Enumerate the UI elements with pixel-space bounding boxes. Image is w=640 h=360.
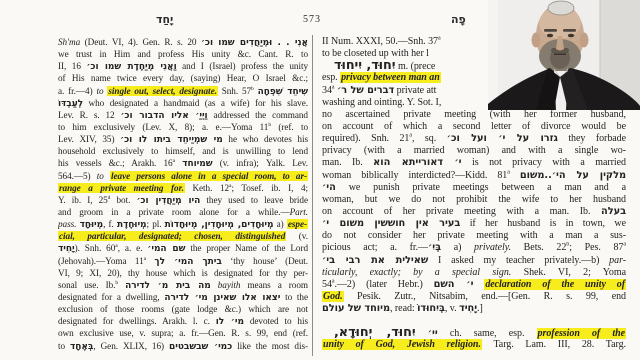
text-line: sonal use. Ib.b מה בית מ׳ לדירה bayith m… xyxy=(58,279,308,291)
text-line: שאילית את רבי בי׳ I asked my teacher pri… xyxy=(322,255,626,267)
text-line: to him exclusively (Lev. X, 8); a. e.—Yo… xyxy=(58,121,308,133)
text-line: הי׳ we punish private meetings between a… xyxy=(322,182,626,194)
text-line: ticularly, exactly; by a special sign. S… xyxy=(322,267,626,279)
text-line: לְעַבְדּוֹ who designated a handmaid (as… xyxy=(58,97,308,109)
text-line: God. Pesik. Zutr., Nitsabim, end.—[Gen. … xyxy=(322,291,626,303)
text-line: do not consider her private meeting with… xyxy=(322,230,626,242)
text-line: Lev. R. s. 12 וַיְיַ׳ אליו הדבור וכ׳ add… xyxy=(58,109,308,121)
text-line: and groom in a private room alone for a … xyxy=(58,206,308,218)
text-line: man. Ib. י׳ דאורייתא הוא is not privacy … xyxy=(322,157,626,169)
text-line: a. fr.—4) to single out, select, designa… xyxy=(58,85,308,97)
text-line: woman biblically interdicted?—Kidd. 81a … xyxy=(322,170,626,182)
text-line: 54a.—2) (later Hebr.) י׳ השם declaration… xyxy=(322,279,626,291)
text-line: pass. מְיוּחָד, f. מְיוּחֶדֶת; pl. מְיוּ… xyxy=(58,218,308,230)
text-line: own exclusive use, v. supra; a. fr.—Gen.… xyxy=(58,327,308,339)
text-line: designated for dwellings. Arakh. l. c. מ… xyxy=(58,315,308,327)
text-line: designated for a dwelling, יצאו אלו שאינ… xyxy=(58,291,308,303)
text-line: no ascertained private meeting (with her… xyxy=(322,109,626,121)
text-line: בעיר אין חוששין משום י׳ if her husband i… xyxy=(322,218,626,230)
column-divider-rule xyxy=(312,35,313,356)
text-line: of His name twice every day, (saying) He… xyxy=(58,72,308,84)
text-line: privacy (with a married woman) and with … xyxy=(322,145,626,157)
text-line: his vessels &c.; Arakh. 16a שמיוחד (v. i… xyxy=(58,157,308,169)
text-line: Y. ib. I, 25d bot. היו מְיַחֲדִין וכ׳ th… xyxy=(58,194,308,206)
text-line: on account of her private meeting with a… xyxy=(322,206,626,218)
left-text-column: Sh'ma (Deut. VI, 4). Gen. R. s. 20 אֲנִי… xyxy=(58,36,308,352)
text-line: on account of which a second letter of d… xyxy=(322,121,626,133)
text-line: Lev. XIV, 35) מי שמְיַיחֵד ביתו לו וכ׳ h… xyxy=(58,133,308,145)
text-line: VI, 9; XI, 20), thy house which is desig… xyxy=(58,267,308,279)
text-line: unity of God, Jewish religion. Targ. Lam… xyxy=(322,339,626,351)
webcam-video xyxy=(488,0,640,110)
text-line: 564.—5) to leave persons alone in a spec… xyxy=(58,170,308,182)
text-line: מיוחד של עולם, read: בְּיִחוּדוֹ, v. יָח… xyxy=(322,303,626,315)
text-line: to בְּאֶחָד, Gen. XLIX, 16) כמי׳ שבשבטים… xyxy=(58,340,308,352)
text-line: יָחִיד). Snh. 60a, a. e. שם המי׳ the pro… xyxy=(58,242,308,254)
text-line: woman, but we do not prohibit the wife t… xyxy=(322,194,626,206)
text-line: range a private meeting for. Keth. 12a; … xyxy=(58,182,308,194)
text-line: we trust in Him and profess His unity &c… xyxy=(58,48,308,60)
text-line: Sh'ma (Deut. VI, 4). Gen. R. s. 20 אֲנִי… xyxy=(58,36,308,48)
text-line: required). Snh. 21a, sq. גזרו על י׳ ועל … xyxy=(322,133,626,145)
presenter-illustration xyxy=(488,0,640,110)
running-head-right-keyword-fragment: פָה xyxy=(451,13,466,26)
running-head-left-keyword: יָחַד xyxy=(156,13,173,26)
text-line: יִחוּד, יְחוּדָא, יי׳ ch. same, esp. pro… xyxy=(322,327,626,339)
page-number: 573 xyxy=(297,14,327,25)
text-line: (Jehovah).—Yoma 11a ביתך המי׳ לך ‘thy ho… xyxy=(58,255,308,267)
text-line: picious act; a. fr.—בְּיִ׳ a) privately.… xyxy=(322,242,626,254)
kippah xyxy=(548,1,574,15)
text-line: cial, particular, designated; chosen, di… xyxy=(58,230,308,242)
text-line: exclusion of those rooms (gate lodge &c.… xyxy=(58,303,308,315)
text-line: household exclusively to himself, and is… xyxy=(58,145,308,157)
text-line: II, 16 וַאֲנִי מְיַחֶדֶת שמו וכ׳ and I (… xyxy=(58,60,308,72)
